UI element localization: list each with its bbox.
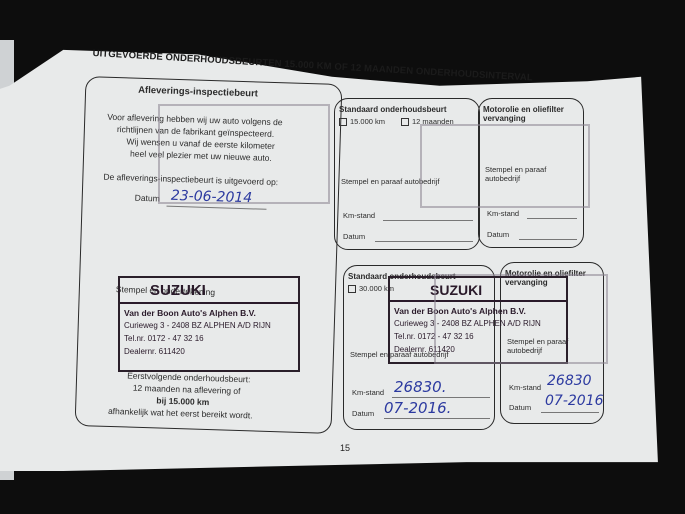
dealer-number: Dealernr. 611420 — [124, 347, 185, 356]
date-label: Datum — [487, 230, 509, 239]
dealer-phone: Tel.nr. 0172 - 47 32 16 — [124, 334, 204, 343]
km-label: Km-stand — [352, 388, 384, 397]
km-line — [383, 220, 473, 221]
next-service-line: bij 15.000 km — [156, 395, 209, 407]
date-line — [375, 241, 473, 242]
date-label: Datum — [509, 403, 531, 412]
date-value: 07-2016. — [384, 399, 451, 417]
checkbox[interactable] — [348, 285, 356, 293]
delivery-inspection-title: Afleverings-inspectiebeurt — [138, 85, 258, 100]
date-line — [541, 412, 599, 413]
date-line — [519, 239, 577, 240]
checkbox[interactable] — [339, 118, 347, 126]
dealer-address: Curieweg 3 - 2408 BZ ALPHEN A/D RIJN — [124, 321, 271, 330]
km-value: 26830 — [547, 373, 592, 389]
faded-dealer-stamp — [158, 104, 330, 204]
date-label: Datum — [352, 409, 374, 418]
faded-dealer-stamp — [434, 274, 608, 364]
date-line — [384, 418, 490, 419]
faded-dealer-stamp — [420, 124, 590, 208]
page-number: 15 — [340, 443, 350, 453]
option-km: 15.000 km — [339, 117, 385, 126]
checkbox[interactable] — [401, 118, 409, 126]
suzuki-logo: SUZUKI — [150, 282, 206, 299]
service-title: Motorolie en oliefilter vervanging — [483, 105, 579, 123]
dealer-name: Van der Boon Auto's Alphen B.V. — [124, 308, 256, 318]
date-label: Datum — [135, 193, 160, 204]
km-label: Km-stand — [487, 209, 519, 218]
km-value: 26830. — [394, 378, 447, 396]
date-label: Datum — [343, 232, 365, 241]
next-service-line: afhankelijk wat het eerst bereikt wordt. — [108, 406, 253, 421]
km-line — [527, 218, 577, 219]
km-label: Km-stand — [343, 211, 375, 220]
dealer-stamp: SUZUKI Van der Boon Auto's Alphen B.V. C… — [118, 276, 300, 372]
service-title: Standaard onderhoudsbeurt — [339, 105, 447, 114]
km-label: Km-stand — [509, 383, 541, 392]
km-line — [392, 397, 490, 398]
next-service-line: 12 maanden na aflevering of — [133, 383, 241, 396]
date-value: 07-2016 — [545, 393, 604, 409]
